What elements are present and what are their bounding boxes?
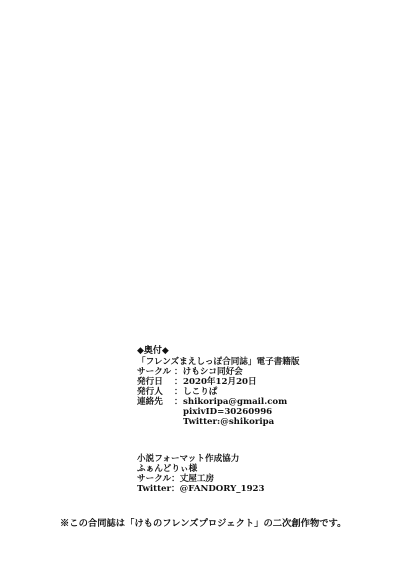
- contact-email: shikoripa@gmail.com: [183, 397, 287, 407]
- row-key: サークル: [137, 367, 174, 377]
- credit-line: サークル：丈屋工房: [137, 474, 265, 484]
- credit-line: 小説フォーマット作成協力: [137, 454, 265, 464]
- row-key: 発行日: [137, 377, 174, 387]
- row-key: 連絡先: [137, 397, 174, 407]
- credits-block: 小説フォーマット作成協力 ふぁんどりぃ様 サークル：丈屋工房 Twitter：@…: [137, 454, 265, 494]
- row-sep: ：: [174, 367, 183, 377]
- colophon-row-date: 発行日 ： 2020年12月20日: [137, 377, 299, 387]
- row-value: 2020年12月20日: [183, 377, 257, 387]
- row-key: 発行人: [137, 387, 174, 397]
- colophon-page: ◆奥付◆ 「フレンズまえしっぽ合同誌」電子書籍版 サークル ： けもシコ同好会 …: [0, 0, 400, 565]
- row-value: けもシコ同好会: [183, 367, 243, 377]
- contact-twitter: Twitter:@shikoripa: [137, 417, 299, 427]
- credit-line: Twitter：@FANDORY_1923: [137, 484, 265, 494]
- colophon-row-circle: サークル ： けもシコ同好会: [137, 367, 299, 377]
- row-sep: ：: [174, 397, 183, 407]
- row-sep: ：: [174, 387, 183, 397]
- colophon-row-publisher: 発行人 ： しこりぱ: [137, 387, 299, 397]
- credit-line: ふぁんどりぃ様: [137, 464, 265, 474]
- colophon-heading: ◆奥付◆: [137, 343, 169, 356]
- contact-pixiv: pixivID=30260996: [137, 407, 299, 417]
- book-title: 「フレンズまえしっぽ合同誌」電子書籍版: [137, 357, 299, 367]
- colophon-block: 「フレンズまえしっぽ合同誌」電子書籍版 サークル ： けもシコ同好会 発行日 ：…: [137, 357, 299, 427]
- derivative-work-note: ※この合同誌は「けものフレンズプロジェクト」の二次創作物です。: [60, 515, 346, 529]
- row-sep: ：: [174, 377, 183, 387]
- colophon-row-contact: 連絡先 ： shikoripa@gmail.com: [137, 397, 299, 407]
- row-value: しこりぱ: [183, 387, 217, 397]
